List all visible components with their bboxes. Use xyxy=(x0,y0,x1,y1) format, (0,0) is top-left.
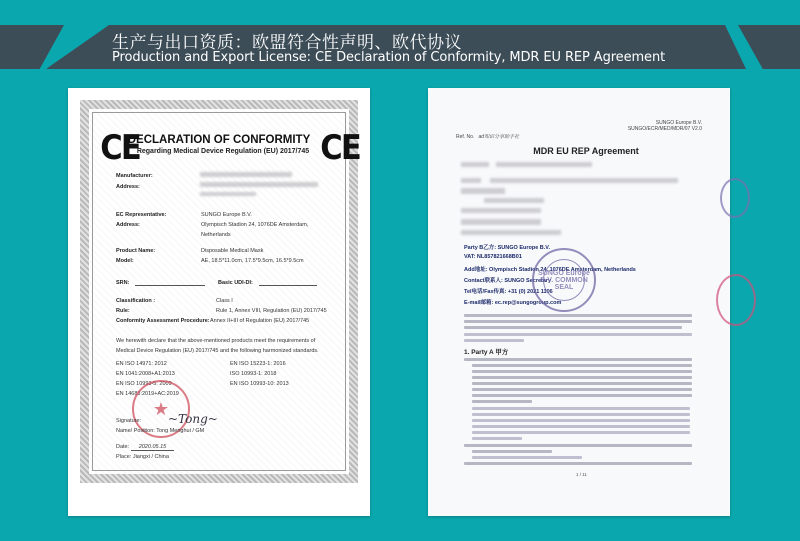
clause-1-2 xyxy=(464,444,692,447)
model-value: AE, 18.5*11.0cm, 17.5*9.5cm, 16.5*9.5cm xyxy=(201,258,304,264)
mdr-agreement-document[interactable]: SUNGO Europe B.V. SUNGO/ECR/MED/MDR/07 V… xyxy=(428,88,730,516)
partial-seal-stamp xyxy=(720,178,750,218)
redacted-field xyxy=(490,178,678,183)
agreement-title: MDR EU REP Agreement xyxy=(428,146,730,156)
standard-item: ISO 10993-1: 2018 xyxy=(230,371,276,377)
address-label: Address: xyxy=(116,184,140,190)
page-title-english: Production and Export License: CE Declar… xyxy=(112,50,665,65)
place-field: Place: Jiangxi / China xyxy=(116,454,169,460)
intro-paragraph xyxy=(464,314,692,317)
agreement-doc-code: SUNGO/ECR/MED/MDR/07 V2.0 xyxy=(628,126,702,132)
redacted-field xyxy=(461,188,505,194)
declaration-text: Medical Device Regulation (EU) 2017/745 … xyxy=(116,348,319,354)
ec-rep-value: SUNGO Europe B.V. xyxy=(201,212,252,218)
ec-rep-label: EC Representative: xyxy=(116,212,166,218)
procedure-value: Annex II+III of Regulation (EU) 2017/745 xyxy=(210,318,309,324)
standard-item: EN ISO 14971: 2012 xyxy=(116,361,167,367)
certificate-title: DECLARATION OF CONFORMITY xyxy=(68,134,370,146)
redacted-field xyxy=(461,219,541,225)
udi-label: Basic UDI-DI: xyxy=(218,280,317,286)
redacted-field xyxy=(461,178,481,183)
ec-address-label: Address: xyxy=(116,222,140,228)
classification-value: Class I xyxy=(216,298,233,304)
section-party-a-heading: 1. Party A 甲方 xyxy=(464,347,508,356)
redacted-party-a xyxy=(461,162,489,167)
banner-left-accent xyxy=(0,25,64,69)
standard-item: EN ISO 15223-1: 2016 xyxy=(230,361,286,367)
manufacturer-label: Manufacturer: xyxy=(116,173,153,179)
signature-icon: ~Tong~ xyxy=(168,412,218,426)
page-number: 1 / 11 xyxy=(576,472,587,477)
ec-address-country: Netherlands xyxy=(201,232,231,238)
classification-label: Classification : xyxy=(116,298,155,304)
party-b-vat: VAT: NL857821668B01 xyxy=(464,254,522,260)
procedure-label: Conformity Assessment Procedure: xyxy=(116,318,210,324)
redacted-address xyxy=(200,182,318,187)
clause-1-3 xyxy=(464,462,692,465)
model-label: Model: xyxy=(116,258,134,264)
common-seal-stamp: SUNGO Europe B.V. COMMON SEAL xyxy=(532,248,596,312)
ec-address-value: Olympisch Stadion 24, 1076DE Amsterdam, xyxy=(201,222,308,228)
certificate-subtitle: Regarding Medical Device Regulation (EU)… xyxy=(68,148,370,155)
redacted-address xyxy=(200,192,256,196)
redacted-field xyxy=(461,230,561,235)
product-name-label: Product Name: xyxy=(116,248,155,254)
name-position: Name/ Position: Tong Menghui / GM xyxy=(116,428,204,434)
standard-item: EN ISO 10993-10: 2013 xyxy=(230,381,289,387)
redacted-manufacturer xyxy=(200,172,292,177)
ce-declaration-document[interactable]: CE CE DECLARATION OF CONFORMITY Regardin… xyxy=(68,88,370,516)
product-name-value: Disposable Medical Mask xyxy=(201,248,263,254)
date-field: Date: 2020.05.15 xyxy=(116,444,174,450)
rule-value: Rule 1, Annex VIII, Regulation (EU) 2017… xyxy=(216,308,327,314)
banner-right-accent xyxy=(738,25,800,69)
ref-number: Ref. No. ad知识分享助手社 xyxy=(456,133,519,140)
srn-label: SRN: xyxy=(116,280,205,286)
signature-label: Signature: xyxy=(116,418,141,424)
party-b-name: Party B乙方: SUNGO Europe B.V. xyxy=(464,243,550,251)
declaration-text: We herewith declare that the above-menti… xyxy=(116,338,315,344)
redacted-field xyxy=(461,208,541,213)
rule-label: Rule: xyxy=(116,308,130,314)
clause-1-1 xyxy=(464,358,692,361)
redacted-field xyxy=(484,198,544,203)
redacted-party-a xyxy=(496,162,592,167)
standard-item: EN 1041:2008+A1:2013 xyxy=(116,371,175,377)
partial-seal-stamp xyxy=(716,274,756,326)
